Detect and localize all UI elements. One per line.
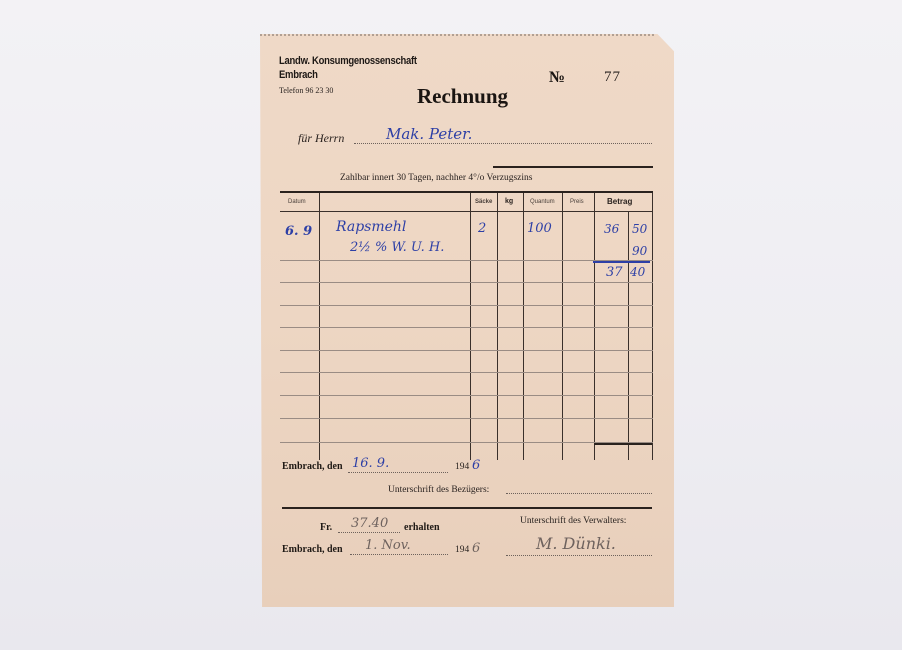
received-date: 1. Nov. — [365, 538, 411, 553]
recipient-line — [354, 143, 652, 144]
year-prefix: 194 — [455, 462, 469, 472]
row-saecke: 2 — [478, 221, 486, 236]
row-line — [280, 350, 653, 351]
total-betrag-rp: 40 — [630, 265, 645, 279]
row-description: Rapsmehl — [336, 219, 406, 235]
col-header-preis: Preis — [570, 199, 584, 205]
perforated-edge — [260, 34, 656, 36]
date2-line — [350, 554, 448, 555]
recipient-name: Mak. Peter. — [386, 125, 472, 143]
payment-terms: Zahlbar innert 30 Tagen, nachher 4°/o Ve… — [340, 173, 532, 183]
row-line — [280, 372, 653, 373]
col-header-betrag: Betrag — [607, 197, 632, 206]
place-date-label: Embrach, den — [282, 461, 343, 472]
invoice-number: 77 — [604, 69, 621, 86]
row-description-detail: 2½ % W. U. H. — [350, 240, 444, 255]
year2-prefix: 194 — [455, 545, 469, 555]
footer-divider — [282, 507, 652, 509]
row-line — [280, 282, 653, 283]
row-quantum: 100 — [527, 221, 552, 236]
sum-line — [593, 261, 650, 263]
fr-label: Fr. — [320, 522, 332, 533]
total-betrag-fr: 37 — [606, 265, 623, 280]
row-line — [280, 327, 653, 328]
company-town: Embrach — [279, 69, 318, 81]
manager-signature-line — [506, 555, 652, 556]
row-line — [280, 418, 653, 419]
col-header-quantum: Quantum — [530, 199, 555, 205]
divider-rule — [493, 166, 653, 168]
row-datum: 6. 9 — [285, 224, 312, 239]
manager-signature-label: Unterschrift des Verwalters: — [520, 516, 626, 526]
table-top-rule — [280, 191, 653, 193]
col-header-datum: Datum — [288, 199, 306, 205]
col-divider — [628, 211, 629, 460]
place-date-text: Embrach, den — [282, 461, 343, 472]
amount-line — [338, 532, 400, 533]
received-label: erhalten — [404, 522, 440, 533]
manager-signature: M. Dünki. — [536, 534, 616, 553]
col-header-saecke: Säcke — [475, 199, 492, 205]
betrag-total-rule — [594, 443, 652, 445]
recipient-signature-label: Unterschrift des Bezügers: — [388, 485, 489, 495]
recipient-label: für Herrn — [298, 131, 344, 146]
invoice-date: 16. 9. — [352, 456, 389, 471]
company-name: Landw. Konsumgenossenschaft — [279, 55, 417, 67]
row-betrag-rp: 90 — [632, 244, 647, 258]
row-line — [280, 305, 653, 306]
company-phone: Telefon 96 23 30 — [279, 86, 333, 95]
date-line — [348, 472, 448, 473]
recipient-signature-line — [506, 493, 652, 494]
year-suffix: 6 — [472, 458, 480, 473]
place-date2-label: Embrach, den — [282, 544, 343, 555]
invoice-number-label: № — [549, 69, 565, 87]
row-betrag-rp: 50 — [632, 222, 647, 236]
row-betrag-fr: 36 — [604, 222, 619, 236]
received-amount: 37.40 — [351, 516, 388, 531]
document-title: Rechnung — [417, 84, 508, 109]
table-header-bottom — [280, 211, 653, 212]
row-line — [280, 395, 653, 396]
col-header-kg: kg — [505, 198, 513, 205]
year2-suffix: 6 — [472, 541, 480, 556]
